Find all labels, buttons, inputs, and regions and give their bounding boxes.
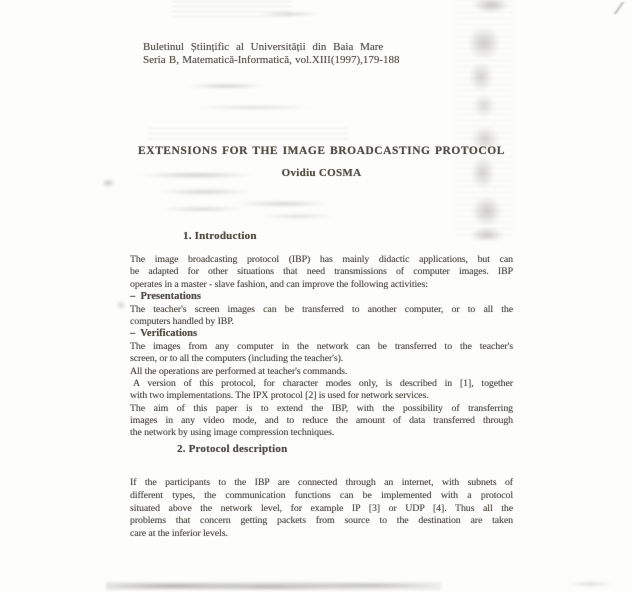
body-line: The image broadcasting protocol (IBP) ha… [130,254,513,266]
body-line: images in any video mode, and to reduce … [130,415,513,427]
paper-title: EXTENSIONS FOR THE IMAGE BROADCASTING PR… [130,145,513,157]
body-line: operates in a master - slave fashion, an… [130,279,513,291]
bullet-presentations: – Presentations [130,291,513,303]
body-line: be adapted for other situations that nee… [130,266,513,278]
body-line: screen, or to all the computers (includi… [130,353,513,365]
scan-mark-top-right [612,2,626,14]
scan-smudge-top [172,1,292,17]
scan-smudge-bottom [106,582,441,590]
journal-issue: Seria B, Matematică-Informatică, vol.XII… [143,54,400,67]
body-line: problems that concern getting packets fr… [130,515,513,528]
body-line: The aim of this paper is to extend the I… [130,403,513,415]
paper-author: Ovidiu COSMA [130,167,513,179]
body-line: If the participants to the IBP are conne… [130,477,513,490]
scan-smudge-right-band [455,0,513,240]
body-line: the network by using image compression t… [130,427,513,439]
body-line: The teacher's screen images can be trans… [130,304,513,316]
protocol-description-body: If the participants to the IBP are conne… [130,477,513,541]
scan-smudge-upper-left [150,82,340,116]
scan-speck-left-margin [116,300,126,310]
section-1-heading: 1. Introduction [183,230,257,242]
body-line: The images from any computer in the netw… [130,341,513,353]
body-line: care at the inferior levels. [130,528,513,541]
journal-header: Buletinul Științific al Universității di… [143,41,400,67]
section-2-heading: 2. Protocol description [177,443,287,455]
scan-smudge-top-center [255,10,325,18]
body-line: with two implementations. The IPX protoc… [130,390,513,402]
scan-smudge-above-title [148,128,348,142]
body-line: All the operations are performed at teac… [130,366,513,378]
bullet-verifications: – Verifications [130,328,513,340]
body-line: situated above the network level, for ex… [130,503,513,516]
scan-smudge-bottom-right [560,580,620,588]
introduction-body: The image broadcasting protocol (IBP) ha… [130,254,513,440]
body-line: computers handled by IBP. [130,316,513,328]
scan-smudge-mid [215,196,365,222]
journal-name: Buletinul Științific al Universității di… [143,41,400,54]
scanned-paper-page: Buletinul Științific al Universității di… [0,0,632,592]
body-line: different types, the communication funct… [130,490,513,503]
body-line: A version of this protocol, for characte… [130,378,513,390]
